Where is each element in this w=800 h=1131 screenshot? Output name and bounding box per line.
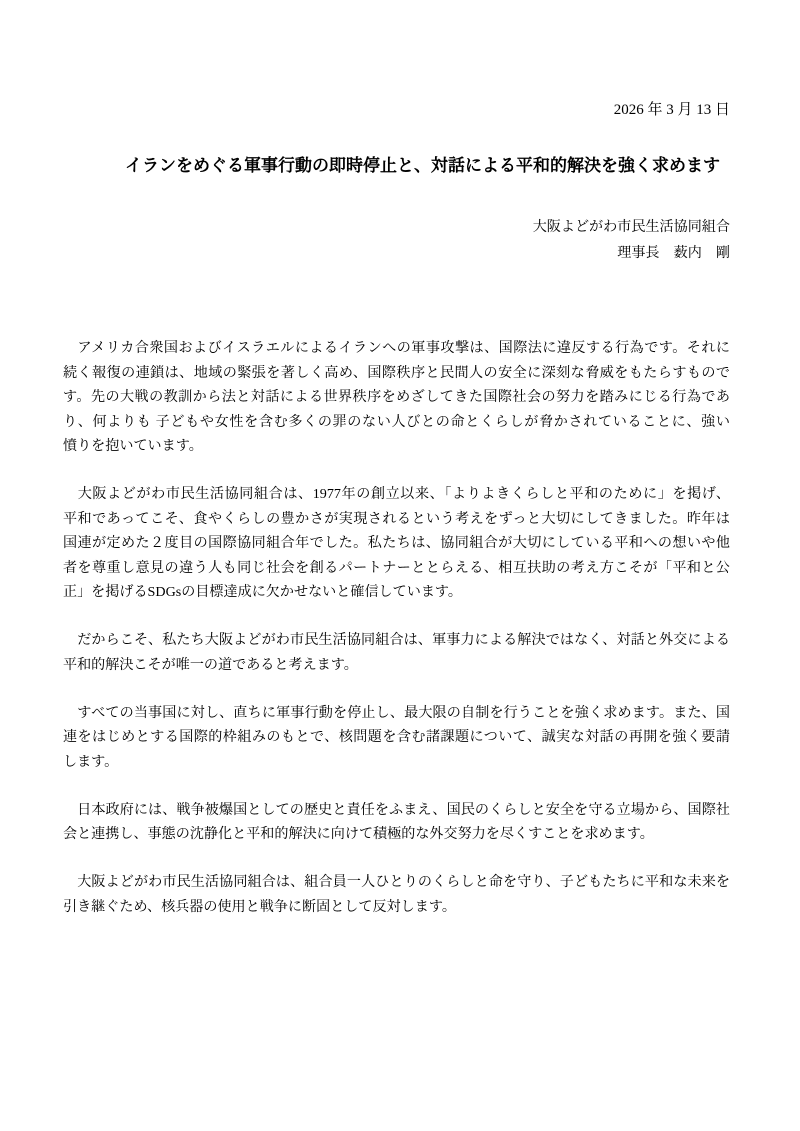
text-line: 連をはじめとする国際的枠組みのもとで、核問題を含む諸課題について、誠実な対話の再… (63, 725, 730, 750)
text-line: 平和であってこそ、食やくらしの豊かさが実現されるという考えをずっと大切にしてきま… (63, 507, 730, 532)
text-line: すべての当事国に対し、直ちに軍事行動を停止し、最大限の自制を行うことを強く求めま… (63, 701, 730, 726)
text-line: り、何よりも 子どもや女性を含む多くの罪のない人びとの命とくらしが脅かされている… (63, 410, 730, 435)
text-line: 正」を掲げるSDGsの目標達成に欠かせないと確信しています。 (63, 580, 730, 605)
text-line: す。先の大戦の教訓から法と対話による世界秩序をめざしてきた国際社会の努力を踏みに… (63, 385, 730, 410)
document-page: 2026 年 3 月 13 日 イランをめぐる軍事行動の即時停止と、対話による平… (0, 0, 800, 1131)
text-line: 続く報復の連鎖は、地域の緊張を著しく高め、国際秩序と民間人の安全に深刻な脅威をも… (63, 361, 730, 386)
text-line: アメリカ合衆国およびイスラエルによるイランへの軍事攻撃は、国際法に違反する行為で… (63, 336, 730, 361)
text-line: します。 (63, 750, 730, 775)
paragraph: アメリカ合衆国およびイスラエルによるイランへの軍事攻撃は、国際法に違反する行為で… (63, 336, 730, 459)
text-line: だからこそ、私たち大阪よどがわ市民生活協同組合は、軍事力による解決ではなく、対話… (63, 628, 730, 653)
text-line: 憤りを抱いています。 (63, 434, 730, 459)
paragraph: だからこそ、私たち大阪よどがわ市民生活協同組合は、軍事力による解決ではなく、対話… (63, 628, 730, 677)
document-body: アメリカ合衆国およびイスラエルによるイランへの軍事攻撃は、国際法に違反する行為で… (63, 336, 730, 943)
text-line: 国連が定めた２度目の国際協同組合年でした。私たちは、協同組合が大切にしている平和… (63, 531, 730, 556)
document-title: イランをめぐる軍事行動の即時停止と、対話による平和的解決を強く求めます (63, 155, 756, 177)
organization-name: 大阪よどがわ市民生活協同組合 (63, 214, 730, 240)
paragraph: 大阪よどがわ市民生活協同組合は、組合員一人ひとりのくらしと命を守り、子どもたちに… (63, 870, 730, 919)
document-date: 2026 年 3 月 13 日 (63, 100, 730, 120)
text-line: 平和的解決こそが唯一の道であると考えます。 (63, 653, 730, 678)
text-line: 引き継ぐため、核兵器の使用と戦争に断固として反対します。 (63, 895, 730, 920)
text-line: 会と連携し、事態の沈静化と平和的解決に向けて積極的な外交努力を尽くすことを求めま… (63, 822, 730, 847)
text-line: 者を尊重し意見の違う人も同じ社会を創るパートナーととらえる、相互扶助の考え方こそ… (63, 556, 730, 581)
paragraph: すべての当事国に対し、直ちに軍事行動を停止し、最大限の自制を行うことを強く求めま… (63, 701, 730, 775)
signatory-name: 理事長 薮内 剛 (63, 240, 730, 266)
paragraph: 日本政府には、戦争被爆国としての歴史と責任をふまえ、国民のくらしと安全を守る立場… (63, 798, 730, 847)
text-line: 大阪よどがわ市民生活協同組合は、1977年の創立以来、「よりよきくらしと平和のた… (63, 482, 730, 507)
paragraph: 大阪よどがわ市民生活協同組合は、1977年の創立以来、「よりよきくらしと平和のた… (63, 482, 730, 605)
byline: 大阪よどがわ市民生活協同組合 理事長 薮内 剛 (63, 214, 730, 266)
text-line: 大阪よどがわ市民生活協同組合は、組合員一人ひとりのくらしと命を守り、子どもたちに… (63, 870, 730, 895)
text-line: 日本政府には、戦争被爆国としての歴史と責任をふまえ、国民のくらしと安全を守る立場… (63, 798, 730, 823)
